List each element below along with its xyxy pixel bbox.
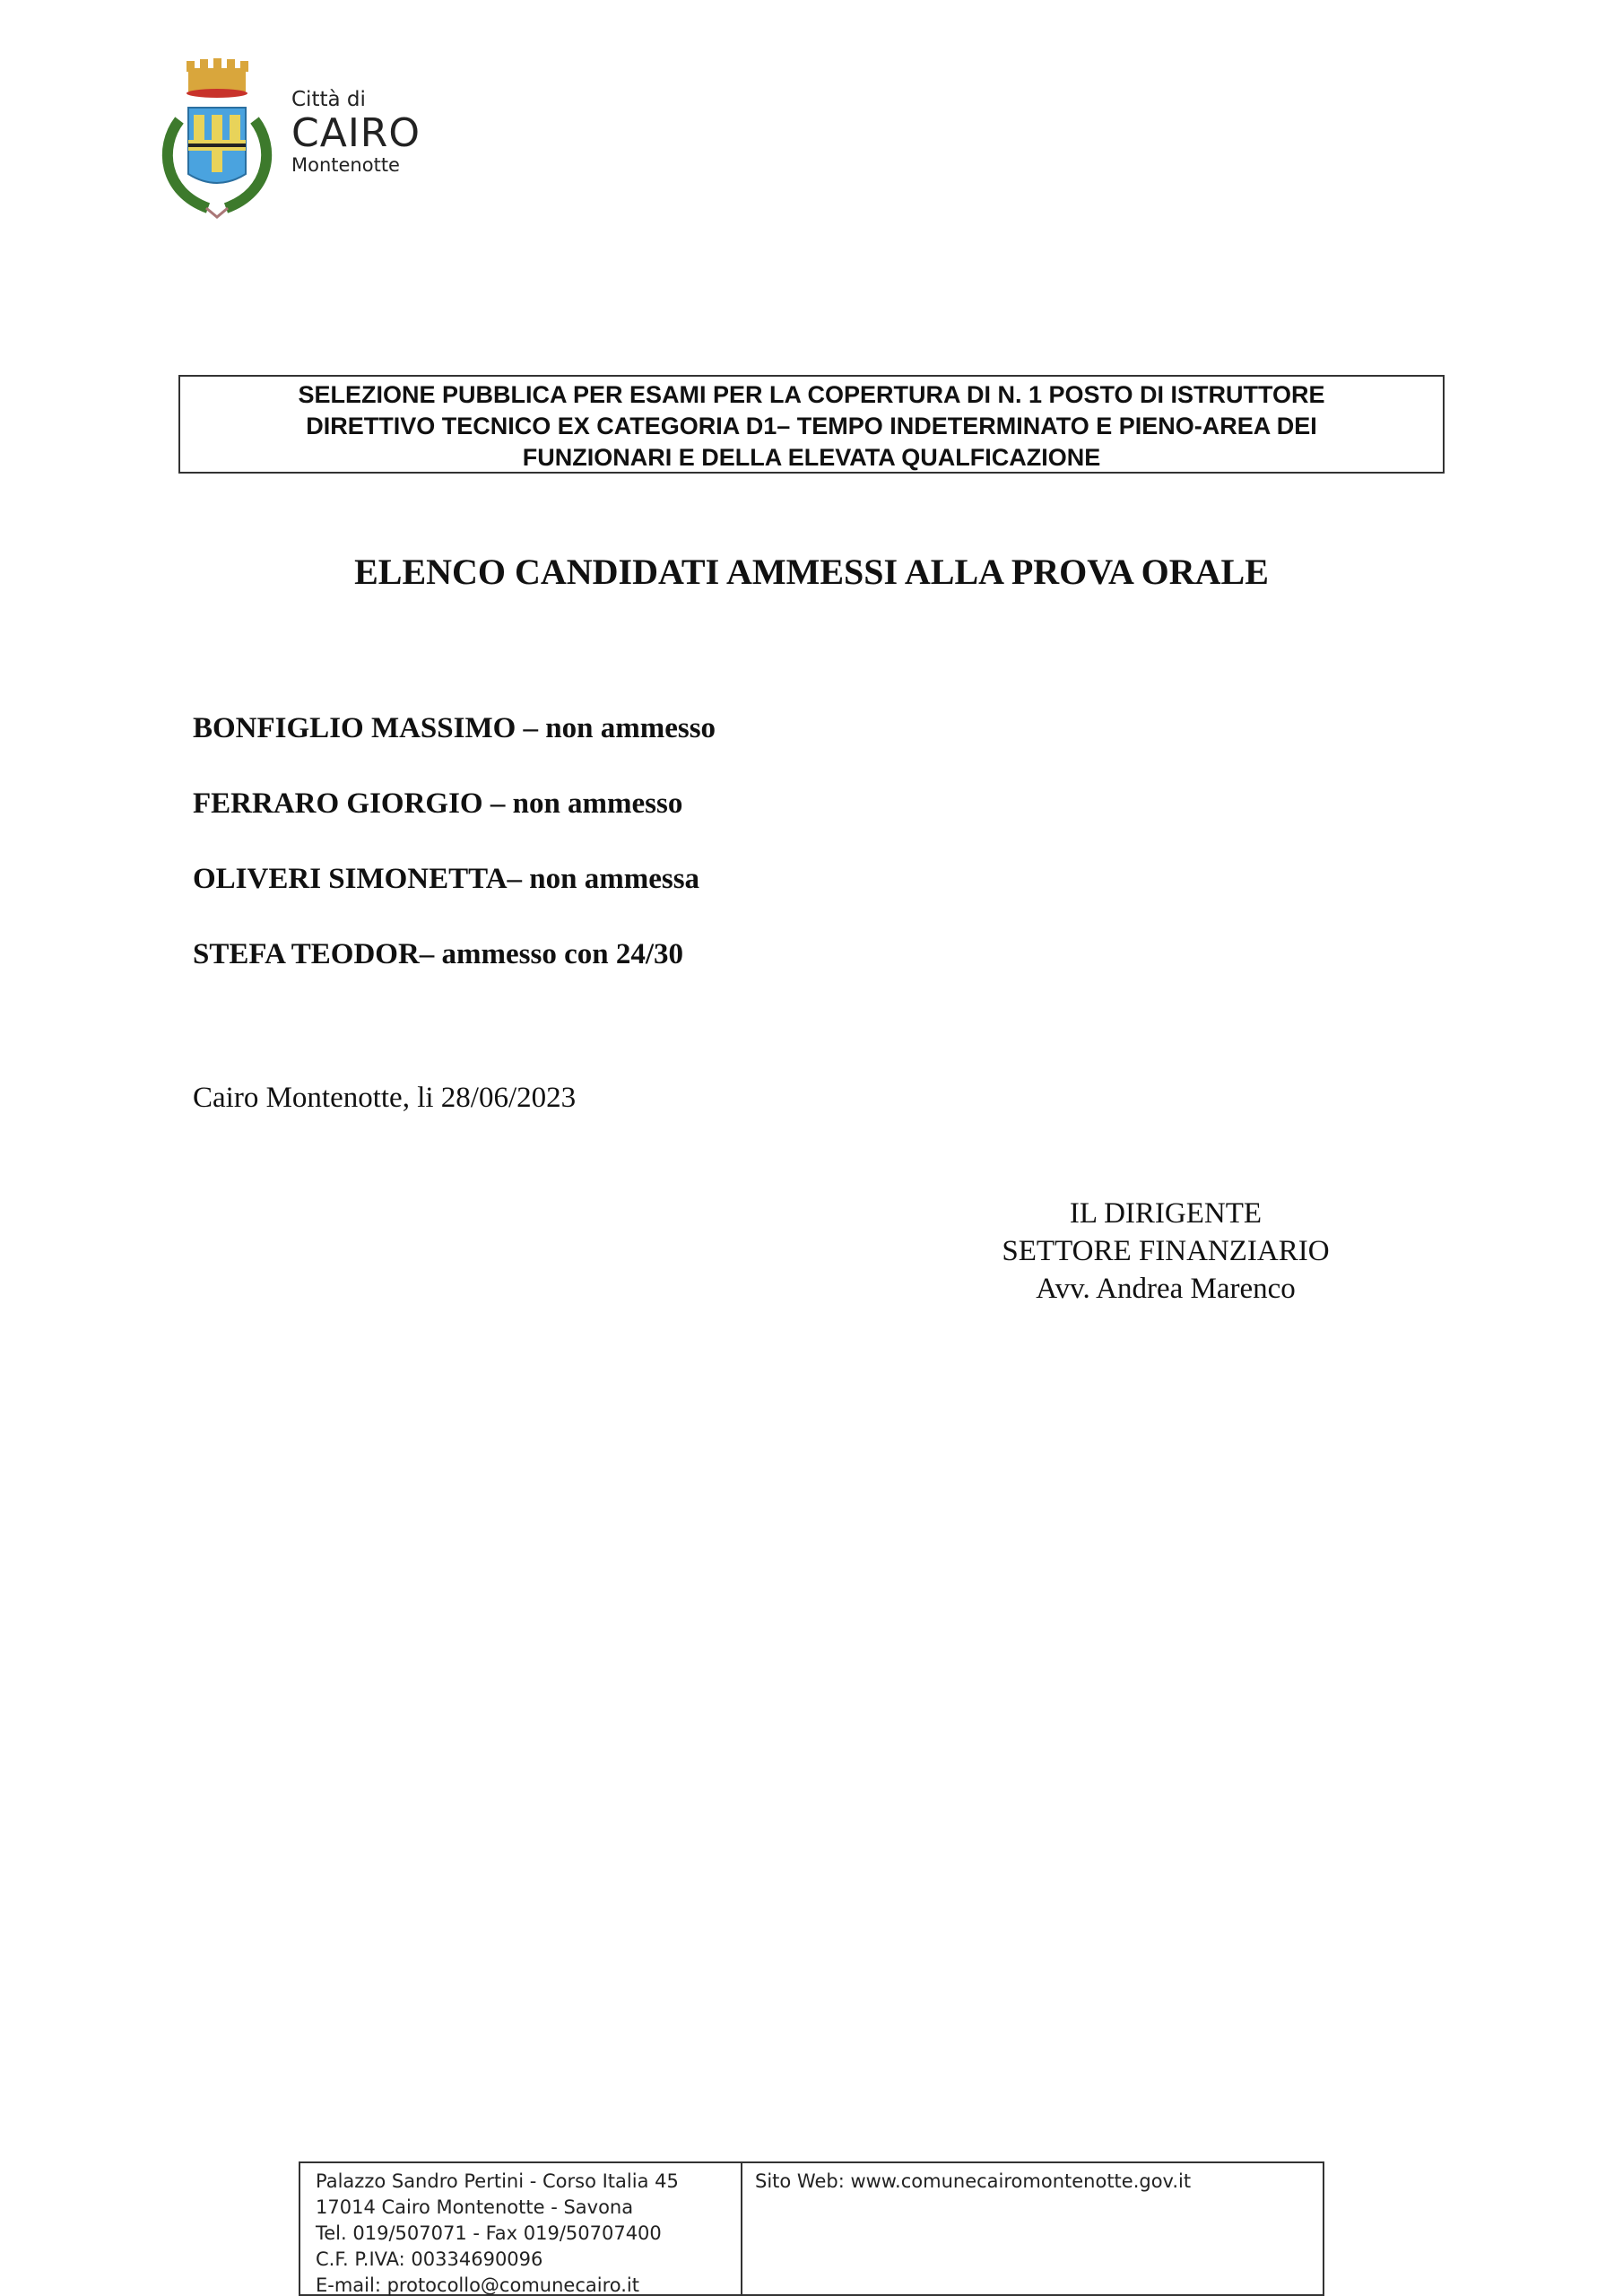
- city-logo: Città di CAIRO Montenotte: [154, 57, 423, 219]
- logo-city-prefix: Città di: [291, 90, 421, 110]
- candidate-item: STEFA TEODOR– ammesso con 24/30: [193, 931, 716, 1006]
- candidate-item: FERRARO GIORGIO – non ammesso: [193, 780, 716, 856]
- coat-of-arms-icon: [154, 57, 280, 219]
- footer-address-line: 17014 Cairo Montenotte - Savona: [316, 2195, 741, 2221]
- candidate-list: BONFIGLIO MASSIMO – non ammesso FERRARO …: [193, 705, 716, 1006]
- signature-role: IL DIRIGENTE: [942, 1195, 1390, 1232]
- candidate-item: OLIVERI SIMONETTA– non ammessa: [193, 856, 716, 931]
- header-line: DIRETTIVO TECNICO EX CATEGORIA D1– TEMPO…: [180, 411, 1443, 442]
- footer-email-line: E-mail: protocollo@comunecairo.it: [316, 2273, 741, 2296]
- logo-city-suffix: Montenotte: [291, 156, 421, 175]
- header-line: FUNZIONARI E DELLA ELEVATA QUALFICAZIONE: [180, 442, 1443, 474]
- document-title: ELENCO CANDIDATI AMMESSI ALLA PROVA ORAL…: [0, 551, 1623, 593]
- footer-tax-line: C.F. P.IVA: 00334690096: [316, 2247, 741, 2273]
- date-line: Cairo Montenotte, li 28/06/2023: [193, 1082, 576, 1115]
- footer-website: Sito Web: www.comunecairomontenotte.gov.…: [742, 2163, 1191, 2294]
- candidate-item: BONFIGLIO MASSIMO – non ammesso: [193, 705, 716, 780]
- footer-address: Palazzo Sandro Pertini - Corso Italia 45…: [300, 2163, 742, 2294]
- footer-address-line: Palazzo Sandro Pertini - Corso Italia 45: [316, 2169, 741, 2195]
- signature-block: IL DIRIGENTE SETTORE FINANZIARIO Avv. An…: [942, 1195, 1390, 1308]
- footer-phone-line: Tel. 019/507071 - Fax 019/50707400: [316, 2221, 741, 2247]
- selection-header-box: SELEZIONE PUBBLICA PER ESAMI PER LA COPE…: [178, 375, 1445, 474]
- footer-contact-box: Palazzo Sandro Pertini - Corso Italia 45…: [299, 2161, 1324, 2296]
- signature-department: SETTORE FINANZIARIO: [942, 1232, 1390, 1270]
- logo-city-name: CAIRO: [291, 114, 421, 153]
- header-line: SELEZIONE PUBBLICA PER ESAMI PER LA COPE…: [180, 379, 1443, 411]
- signature-name: Avv. Andrea Marenco: [942, 1270, 1390, 1308]
